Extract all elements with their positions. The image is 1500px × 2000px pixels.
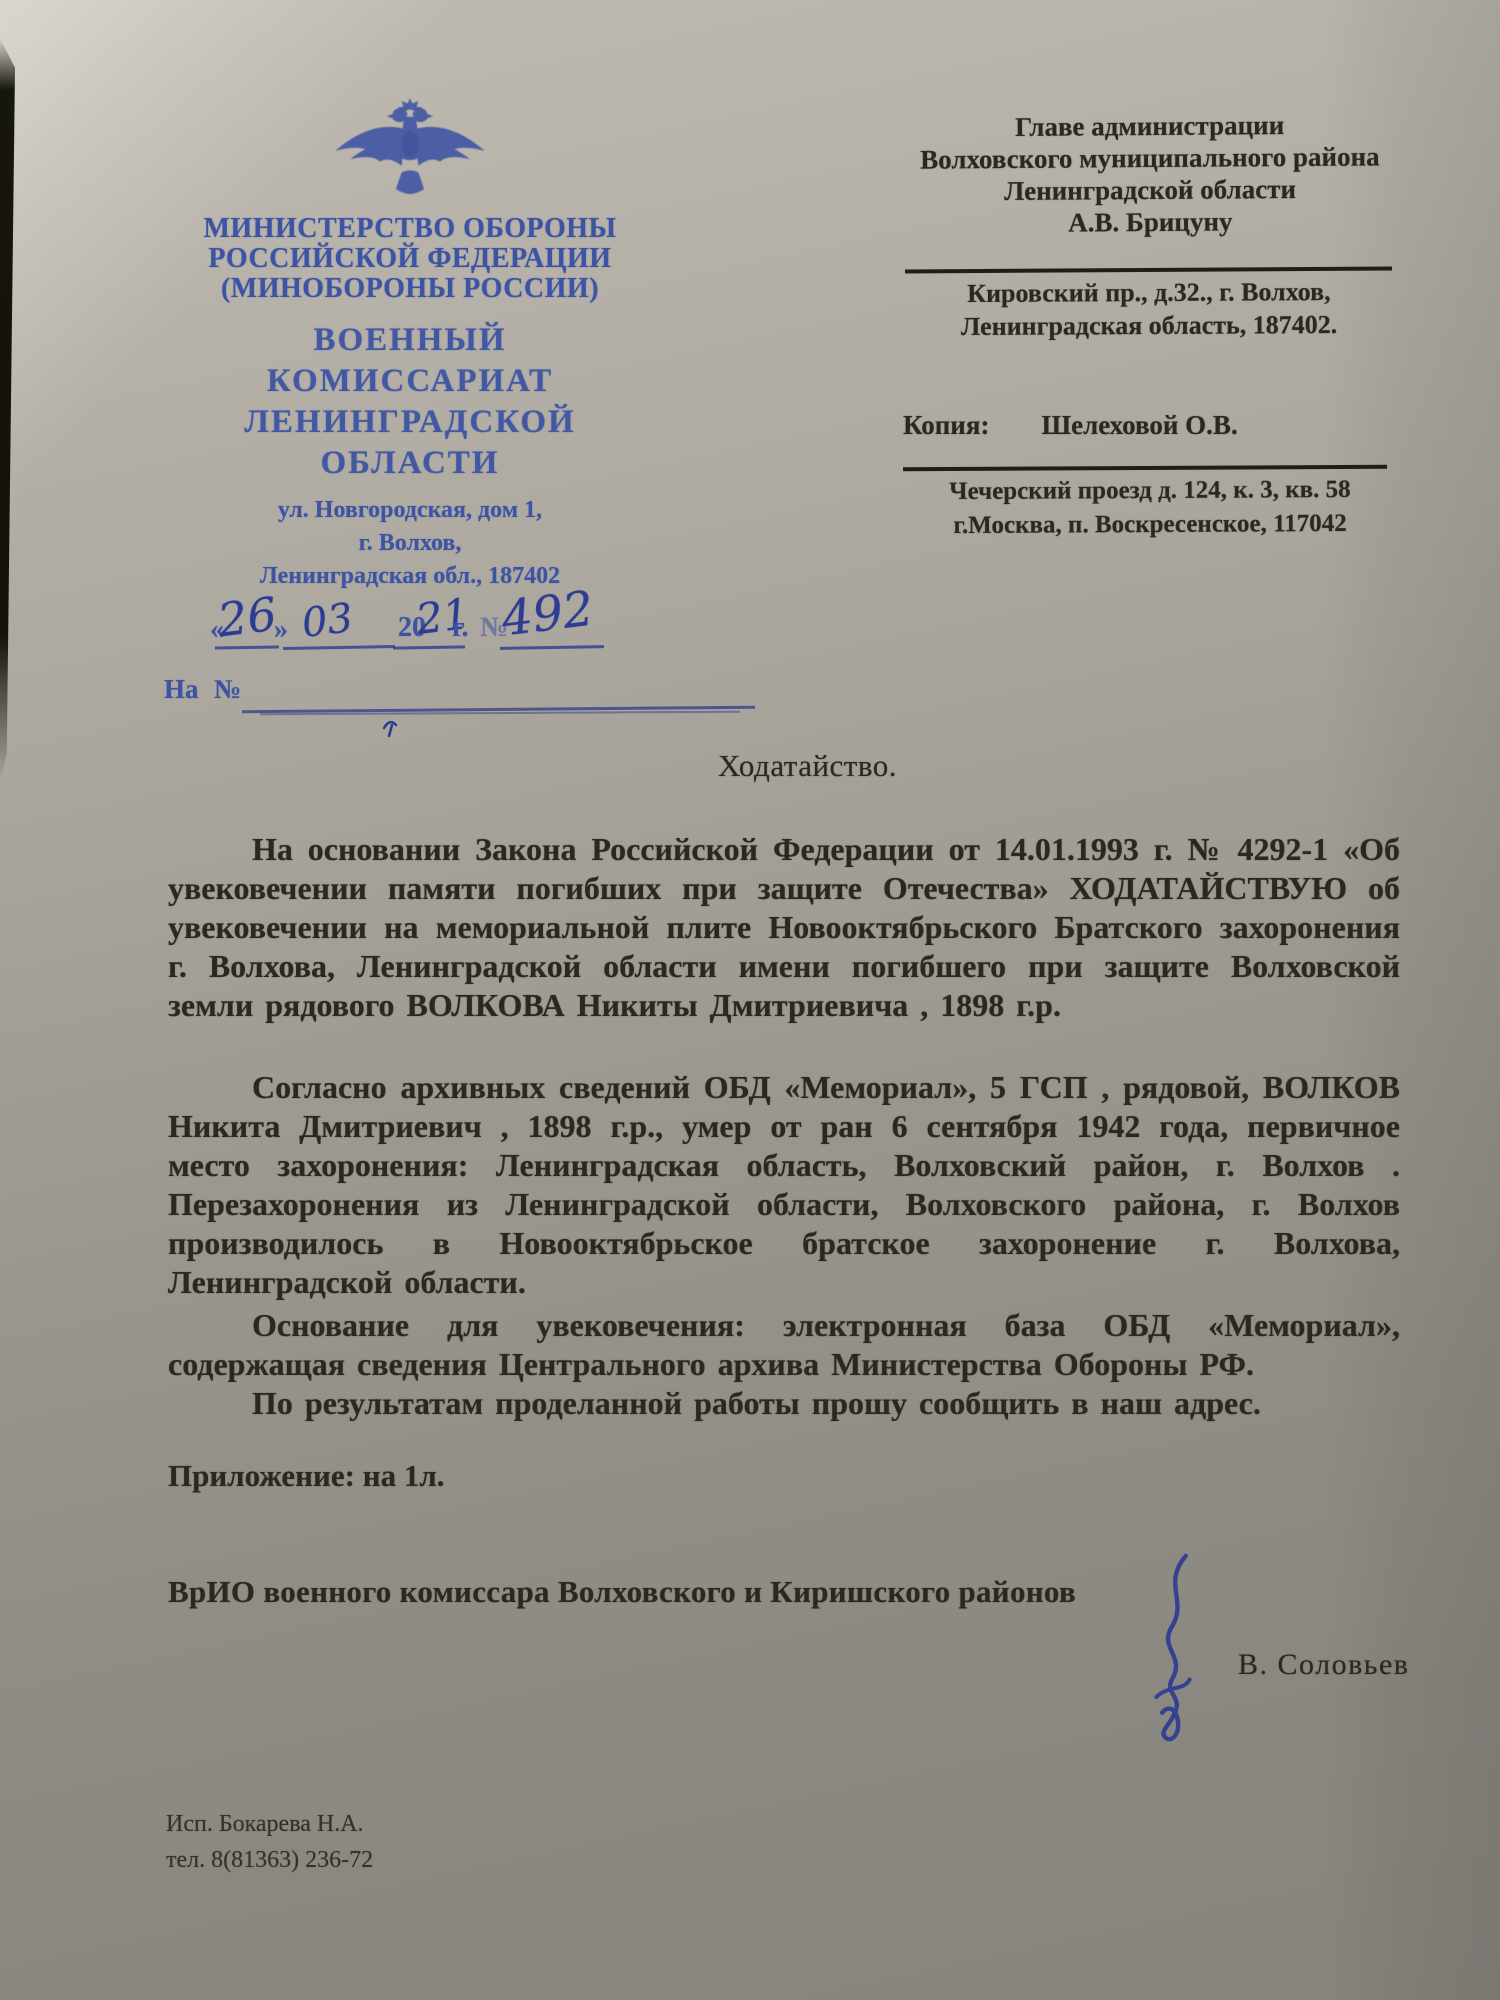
ministry-name-lines: МИНИСТЕРСТВО ОБОРОНЫ РОССИЙСКОЙ ФЕДЕРАЦИ…: [150, 214, 670, 304]
recipient-address-line: Ленинградская область, 187402.: [903, 308, 1395, 344]
close-quote: »: [274, 614, 288, 646]
body-paragraph: Основание для увековечения: электронная …: [168, 1306, 1400, 1384]
copy-label: Копия:: [903, 410, 989, 441]
number-underline: [500, 645, 604, 650]
ref-label-no: №: [214, 674, 241, 705]
body-paragraph: На основании Закона Российской Федерации…: [168, 830, 1400, 1025]
reference-number-line: На №: [150, 668, 790, 728]
recipient-line: А.В. Брицуну: [900, 204, 1400, 239]
recipient-address-block: Кировский пр., д.32., г. Волхов, Ленингр…: [903, 275, 1395, 344]
handwritten-day: 26: [215, 587, 280, 648]
sender-address-lines: ул. Новгородская, дом 1, г. Волхов, Лени…: [150, 494, 670, 593]
executor-phone: тел. 8(81363) 236-72: [166, 1842, 373, 1878]
signatory-position: ВрИО военного комиссара Волховского и Ки…: [168, 1574, 1076, 1610]
date-and-number-line: « 26 » 03 20 21 г. № 492: [150, 596, 690, 670]
recipient-divider-line: [905, 267, 1392, 273]
handwritten-outgoing-number: 492: [499, 581, 597, 648]
handwritten-month: 03: [299, 595, 355, 647]
document-title: Ходатайство.: [718, 748, 897, 784]
signatory-name: В. Соловьев: [1238, 1648, 1409, 1682]
copy-address-line: г.Москва, п. Воскресенское, 117042: [898, 507, 1402, 544]
date-underline: [215, 645, 279, 649]
scanned-letter-page: МИНИСТЕРСТВО ОБОРОНЫ РОССИЙСКОЙ ФЕДЕРАЦИ…: [0, 0, 1500, 2000]
commissariat-name-lines: ВОЕННЫЙ КОМИССАРИАТ ЛЕНИНГРАДСКОЙ ОБЛАСТ…: [150, 320, 670, 484]
attachment-note: Приложение: на 1л.: [168, 1458, 444, 1494]
copy-divider-line: [903, 465, 1387, 471]
copy-address-line: Чечерский проезд д. 124, к. 3, кв. 58: [898, 473, 1402, 510]
copy-recipient-row: Копия: Шелеховой О.В.: [903, 410, 1238, 441]
pen-mark-icon: [380, 714, 410, 738]
ministry-line: (МИНОБОРОНЫ РОССИИ): [150, 274, 670, 304]
ministry-line: МИНИСТЕРСТВО ОБОРОНЫ: [150, 214, 670, 244]
year-underline: [393, 645, 465, 649]
commissariat-line: ВОЕННЫЙ: [150, 320, 670, 361]
recipient-line: Главе администрации: [900, 108, 1400, 143]
copy-recipient-name: Шелеховой О.В.: [1041, 410, 1237, 441]
sender-address-line: г. Волхов,: [150, 527, 670, 560]
ministry-line: РОССИЙСКОЙ ФЕДЕРАЦИИ: [150, 244, 670, 274]
year-label: г.: [452, 612, 469, 644]
sender-address-line: ул. Новгородская, дом 1,: [150, 494, 670, 527]
recipient-address-line: Кировский пр., д.32., г. Волхов,: [903, 275, 1395, 311]
recipient-line: Волховского муниципального района: [900, 140, 1400, 175]
month-underline: [283, 645, 395, 650]
commissariat-line: ЛЕНИНГРАДСКОЙ: [150, 402, 670, 443]
letterhead-block: МИНИСТЕРСТВО ОБОРОНЫ РОССИЙСКОЙ ФЕДЕРАЦИ…: [150, 96, 670, 593]
mod-eagle-emblem-icon: [326, 96, 494, 204]
body-paragraph: Согласно архивных сведений ОБД «Мемориал…: [168, 1068, 1400, 1302]
executor-name: Исп. Бокарева Н.А.: [166, 1806, 373, 1842]
photo-left-edge-shadow: [0, 38, 15, 783]
sender-address-line: Ленинградская обл., 187402: [150, 560, 670, 593]
recipient-block: Главе администрации Волховского муниципа…: [900, 108, 1401, 239]
commissariat-line: ОБЛАСТИ: [150, 443, 670, 484]
executor-block: Исп. Бокарева Н.А. тел. 8(81363) 236-72: [166, 1806, 373, 1878]
recipient-line: Ленинградской области: [900, 172, 1400, 207]
ref-label-na: На: [164, 674, 199, 705]
body-paragraph: По результатам проделанной работы прошу …: [168, 1384, 1400, 1423]
copy-address-block: Чечерский проезд д. 124, к. 3, кв. 58 г.…: [898, 473, 1402, 544]
commissariat-line: КОМИССАРИАТ: [150, 361, 670, 402]
handwritten-signature-icon: [1128, 1550, 1218, 1746]
